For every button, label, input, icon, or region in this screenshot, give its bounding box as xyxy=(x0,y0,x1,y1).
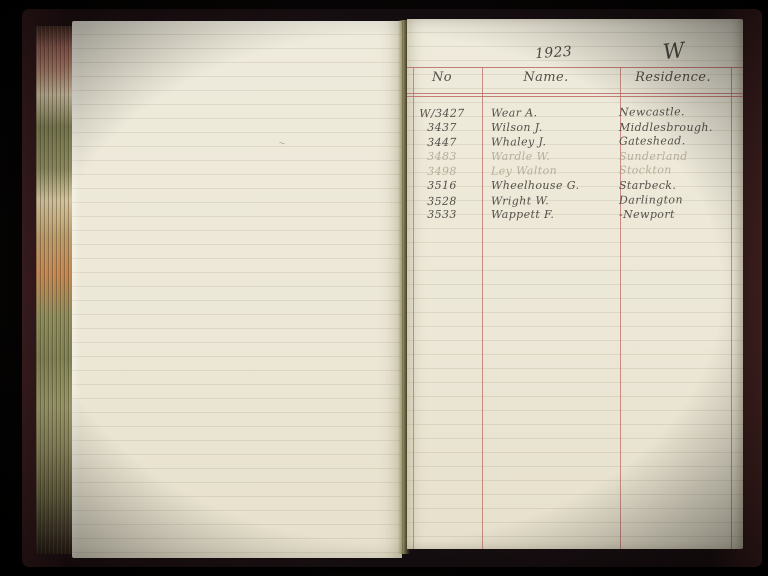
entry-name: Wheelhouse G. xyxy=(477,179,615,194)
ledger-row: 3498Ley WaltonStockton xyxy=(407,163,743,180)
ledger-row: 3516Wheelhouse G.Starbeck. xyxy=(407,179,743,194)
column-header-no: No xyxy=(407,70,477,85)
header-bottom-rule-2 xyxy=(407,96,743,97)
column-header-row: No Name. Residence. xyxy=(407,70,743,85)
section-letter: W xyxy=(662,38,686,64)
stray-ink-mark: ~ xyxy=(277,138,287,150)
entry-residence: -Newport xyxy=(615,208,731,223)
entry-residence: Starbeck. xyxy=(615,179,731,194)
entry-no: 3528 xyxy=(407,194,477,209)
entry-residence: Gateshead. xyxy=(615,134,731,149)
year-label: 1923 xyxy=(534,44,572,63)
entry-residence: Darlington xyxy=(615,192,731,207)
table-top-rule xyxy=(407,67,743,68)
entry-residence: Newcastle. xyxy=(615,105,731,120)
ledger-row: 3447Whaley J.Gateshead. xyxy=(407,134,743,151)
header-bottom-rule-1 xyxy=(407,93,743,94)
entry-name: Ley Walton xyxy=(477,164,615,180)
entry-no: 3516 xyxy=(407,179,477,194)
entry-no: 3533 xyxy=(407,208,477,223)
column-header-name: Name. xyxy=(477,70,615,85)
entry-no: 3483 xyxy=(407,150,477,165)
entry-no: 3447 xyxy=(407,136,477,151)
ledger-row: 3533Wappett F.-Newport xyxy=(407,208,743,223)
right-page-index: 1923 W No Name. Residence. W/3427Wear A.… xyxy=(407,19,743,549)
entry-no: W/3427 xyxy=(407,107,477,122)
entry-name: Whaley J. xyxy=(477,135,615,151)
entry-name: Wardle W. xyxy=(477,150,615,165)
entry-no: 3498 xyxy=(407,165,477,180)
ledger-rows: W/3427Wear A.Newcastle.3437Wilson J.Midd… xyxy=(407,106,743,223)
entry-name: Wilson J. xyxy=(477,121,615,136)
entry-no: 3437 xyxy=(407,121,477,136)
entry-name: Wear A. xyxy=(477,106,615,122)
entry-residence: Stockton xyxy=(615,163,731,178)
ledger-row: W/3427Wear A.Newcastle. xyxy=(407,105,743,122)
ledger-row: 3437Wilson J.Middlesbrough. xyxy=(407,121,743,136)
ledger-row: 3528Wright W.Darlington xyxy=(407,192,743,209)
entry-residence: Middlesbrough. xyxy=(615,121,731,136)
entry-name: Wappett F. xyxy=(477,208,615,223)
column-header-residence: Residence. xyxy=(615,70,731,85)
left-page-blank: ~ xyxy=(72,21,402,558)
entry-name: Wright W. xyxy=(477,193,615,209)
ledger-photo: ~ 1923 W No Name. Residence. W/3427Wear … xyxy=(0,0,768,576)
